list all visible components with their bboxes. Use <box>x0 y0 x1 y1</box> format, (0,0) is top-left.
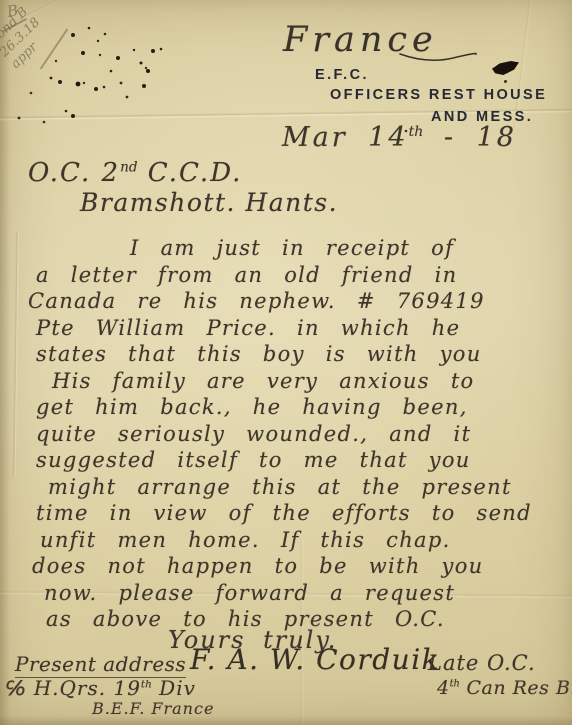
ink-speckles <box>0 0 2 2</box>
letterhead-line-2: OFFICERS REST HOUSE <box>330 87 547 103</box>
recipient-ordinal: nd <box>120 159 137 175</box>
address-line-hq: ℅ H.Qrs. 19th Div <box>6 676 196 700</box>
body-line: states that this boy is with you <box>36 341 532 368</box>
body-line: Pte William Price. in which he <box>36 315 532 342</box>
fold-crease-vertical <box>12 232 19 477</box>
body-line: get him back., he having been, <box>36 394 532 421</box>
unit-number: 4 <box>437 677 450 699</box>
letter-body: I am just in receipt of a letter from an… <box>36 235 532 633</box>
date-ordinal: th <box>409 124 424 140</box>
signature: F. A. W. Corduik <box>190 643 440 676</box>
paper-tear-mark <box>492 61 519 75</box>
address-div: Div <box>152 676 196 700</box>
paper-edge-shading <box>0 716 572 725</box>
body-line: now. please forward a request <box>44 580 532 607</box>
paper-edge-shading <box>0 0 10 725</box>
address-hq: ℅ H.Qrs. 19 <box>6 676 141 700</box>
unit-ordinal: th <box>450 679 460 690</box>
body-line: time in view of the efforts to send <box>36 500 532 527</box>
letter-page: B Cond B 26.3.18 appr France E.F.C. OFFI… <box>0 0 572 725</box>
recipient-line-2: Bramshott. Hants. <box>80 188 338 217</box>
unit-name: Can Res Bn <box>460 677 572 699</box>
body-line: unfit men home. If this chap. <box>40 527 532 554</box>
date-year: - 18 <box>423 122 517 153</box>
letterhead-line-1: E.F.C. <box>315 67 369 83</box>
recipient-unit: O.C. 2 <box>28 158 120 188</box>
paper-tear-dot <box>504 80 507 83</box>
address-line-bef: B.E.F. France <box>92 699 214 718</box>
body-line: might arrange this at the present <box>48 474 532 501</box>
recipient-line-1: O.C. 2nd C.C.D. <box>28 158 242 188</box>
pen-flourish <box>398 48 478 66</box>
signature-unit: 4th Can Res Bn <box>437 677 572 699</box>
address-ordinal: th <box>141 678 152 690</box>
signature-title: Late O.C. <box>428 651 536 675</box>
date-main: Mar 14 <box>282 122 409 153</box>
date-line: Mar 14th - 18 <box>282 122 517 153</box>
body-line: does not happen to be with you <box>32 553 532 580</box>
body-line: a letter from an old friend in <box>36 262 532 289</box>
body-line: Canada re his nephew. # 769419 <box>28 288 532 315</box>
body-line: suggested itself to me that you <box>36 447 532 474</box>
body-line: quite seriously wounded., and it <box>36 421 532 448</box>
recipient-unit-tail: C.C.D. <box>137 158 242 188</box>
body-line: His family are very anxious to <box>52 368 532 395</box>
present-address-label: Present address <box>15 652 186 676</box>
present-address-text: Present address <box>15 652 186 678</box>
body-line: I am just in receipt of <box>36 235 532 262</box>
